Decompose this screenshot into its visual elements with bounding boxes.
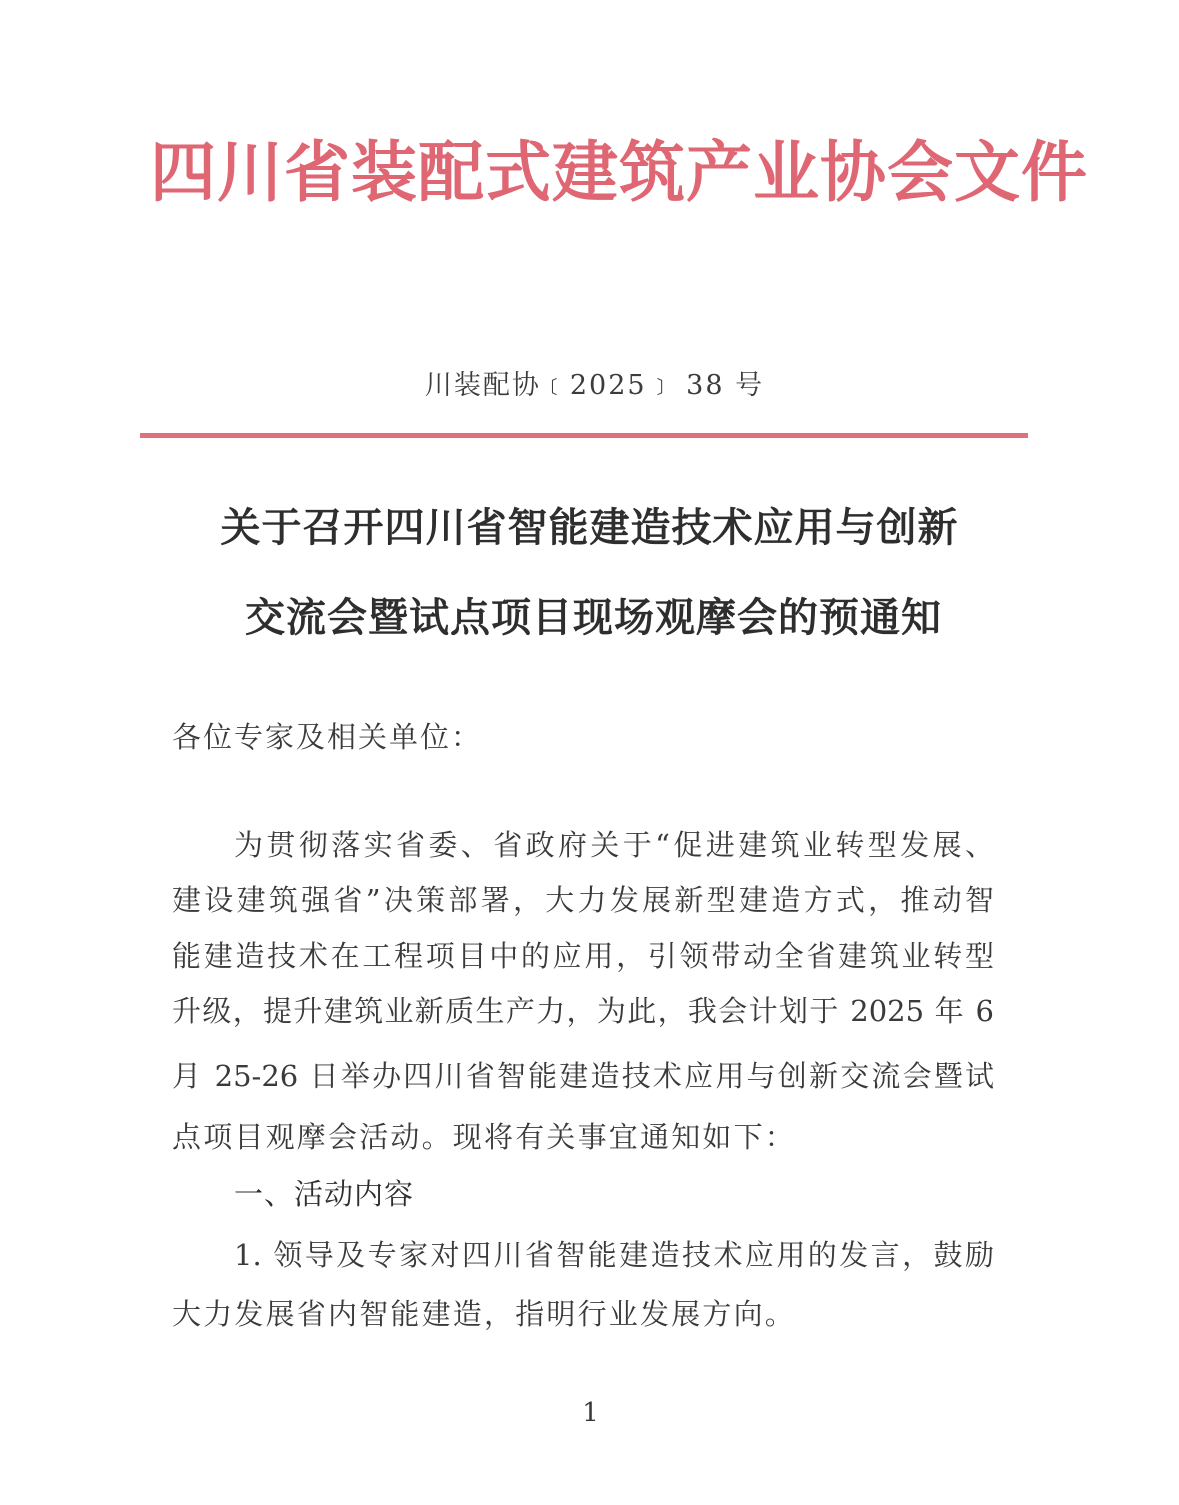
document-number: 川装配协﹝2025﹞ 38 号 bbox=[0, 364, 1179, 408]
body-paragraph-line: 月 25-26 日举办四川省智能建造技术应用与创新交流会暨试 bbox=[172, 1054, 994, 1098]
document-title-line-2: 交流会暨试点项目现场观摩会的预通知 bbox=[0, 590, 1179, 646]
body-paragraph-line: 点项目观摩会活动。现将有关事宜通知如下： bbox=[172, 1115, 994, 1159]
document-page: 四川省装配式建筑产业协会文件 川装配协﹝2025﹞ 38 号 关于召开四川省智能… bbox=[0, 0, 1179, 1505]
issuer-header: 四川省装配式建筑产业协会文件 bbox=[150, 122, 1020, 222]
document-title-line-1: 关于召开四川省智能建造技术应用与创新 bbox=[0, 500, 1179, 556]
body-paragraph-line: 升级，提升建筑业新质生产力，为此，我会计划于 2025 年 6 bbox=[172, 989, 994, 1033]
list-item-line: 大力发展省内智能建造，指明行业发展方向。 bbox=[172, 1292, 994, 1336]
section-heading-activity-content: 一、活动内容 bbox=[234, 1172, 414, 1216]
body-paragraph-line: 为贯彻落实省委、省政府关于“促进建筑业转型发展、 bbox=[234, 823, 994, 867]
page-number: 1 bbox=[0, 1395, 1179, 1431]
body-paragraph-line: 建设建筑强省”决策部署，大力发展新型建造方式，推动智 bbox=[172, 878, 994, 922]
list-item-line: 1. 领导及专家对四川省智能建造技术应用的发言，鼓励 bbox=[234, 1233, 994, 1277]
body-paragraph-line: 能建造技术在工程项目中的应用，引领带动全省建筑业转型 bbox=[172, 934, 994, 978]
red-divider-rule bbox=[140, 433, 1028, 438]
salutation: 各位专家及相关单位： bbox=[172, 715, 482, 759]
